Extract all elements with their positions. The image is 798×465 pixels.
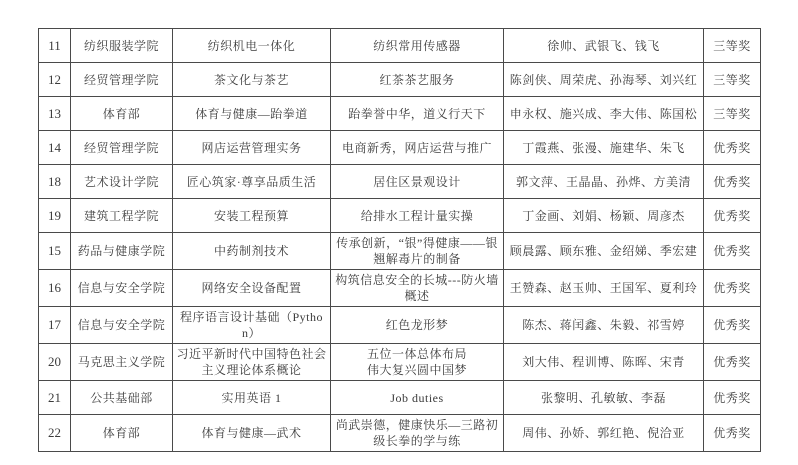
cell-course: 体育与健康—武术 (173, 415, 331, 452)
cell-course: 习近平新时代中国特色社会主义理论体系概论 (173, 344, 331, 381)
table-row: 20马克思主义学院习近平新时代中国特色社会主义理论体系概论五位一体总体布局 伟大… (39, 344, 761, 381)
cell-work: 尚武崇德，健康快乐—三路初级长拳的学与练 (331, 415, 504, 452)
cell-num: 22 (39, 415, 71, 452)
cell-course: 安装工程预算 (173, 199, 331, 233)
cell-award: 优秀奖 (704, 307, 761, 344)
table-row: 22体育部体育与健康—武术尚武崇德，健康快乐—三路初级长拳的学与练周伟、孙娇、郭… (39, 415, 761, 452)
cell-college: 经贸管理学院 (71, 63, 173, 97)
cell-course: 茶文化与茶艺 (173, 63, 331, 97)
cell-members: 张黎明、孔敏敏、李磊 (504, 381, 704, 415)
cell-members: 丁金画、刘娟、杨颖、周彦杰 (504, 199, 704, 233)
table-row: 16信息与安全学院网络安全设备配置构筑信息安全的长城---防火墙概述王赞森、赵玉… (39, 270, 761, 307)
cell-award: 三等奖 (704, 29, 761, 63)
cell-work: 跆拳誉中华，道义行天下 (331, 97, 504, 131)
table-row: 17信息与安全学院程序语言设计基础（Python）红色龙形梦陈杰、蒋闰鑫、朱毅、… (39, 307, 761, 344)
cell-members: 顾晨露、顾东雅、金绍娣、季宏建 (504, 233, 704, 270)
cell-num: 17 (39, 307, 71, 344)
cell-members: 徐帅、武银飞、钱飞 (504, 29, 704, 63)
cell-course: 程序语言设计基础（Python） (173, 307, 331, 344)
cell-work: 电商新秀，网店运营与推广 (331, 131, 504, 165)
cell-college: 信息与安全学院 (71, 307, 173, 344)
cell-college: 马克思主义学院 (71, 344, 173, 381)
table-row: 15药品与健康学院中药制剂技术传承创新，“银”得健康——银翘解毒片的制备顾晨露、… (39, 233, 761, 270)
cell-course: 匠心筑家·尊享品质生活 (173, 165, 331, 199)
cell-college: 纺织服装学院 (71, 29, 173, 63)
cell-course: 网络安全设备配置 (173, 270, 331, 307)
cell-members: 郭文萍、王晶晶、孙烨、方美清 (504, 165, 704, 199)
cell-award: 优秀奖 (704, 165, 761, 199)
cell-num: 20 (39, 344, 71, 381)
cell-award: 三等奖 (704, 97, 761, 131)
cell-award: 优秀奖 (704, 199, 761, 233)
cell-college: 建筑工程学院 (71, 199, 173, 233)
cell-college: 信息与安全学院 (71, 270, 173, 307)
cell-award: 优秀奖 (704, 270, 761, 307)
cell-num: 18 (39, 165, 71, 199)
table-row: 19建筑工程学院安装工程预算给排水工程计量实操丁金画、刘娟、杨颖、周彦杰优秀奖 (39, 199, 761, 233)
cell-college: 艺术设计学院 (71, 165, 173, 199)
cell-work: Job duties (331, 381, 504, 415)
cell-work: 传承创新，“银”得健康——银翘解毒片的制备 (331, 233, 504, 270)
cell-course: 中药制剂技术 (173, 233, 331, 270)
cell-course: 体育与健康—跆拳道 (173, 97, 331, 131)
cell-num: 19 (39, 199, 71, 233)
cell-num: 13 (39, 97, 71, 131)
cell-members: 申永权、施兴成、李大伟、陈国松 (504, 97, 704, 131)
table-row: 13体育部体育与健康—跆拳道跆拳誉中华，道义行天下申永权、施兴成、李大伟、陈国松… (39, 97, 761, 131)
table-row: 11纺织服装学院纺织机电一体化纺织常用传感器徐帅、武银飞、钱飞三等奖 (39, 29, 761, 63)
cell-num: 15 (39, 233, 71, 270)
award-table-body: 11纺织服装学院纺织机电一体化纺织常用传感器徐帅、武银飞、钱飞三等奖12经贸管理… (39, 29, 761, 452)
cell-award: 优秀奖 (704, 344, 761, 381)
cell-award: 优秀奖 (704, 381, 761, 415)
cell-members: 丁霞燕、张漫、施建华、朱飞 (504, 131, 704, 165)
cell-num: 12 (39, 63, 71, 97)
cell-work: 给排水工程计量实操 (331, 199, 504, 233)
cell-members: 刘大伟、程训博、陈晖、宋青 (504, 344, 704, 381)
cell-college: 经贸管理学院 (71, 131, 173, 165)
cell-work: 五位一体总体布局 伟大复兴圆中国梦 (331, 344, 504, 381)
cell-num: 11 (39, 29, 71, 63)
cell-course: 网店运营管理实务 (173, 131, 331, 165)
cell-award: 优秀奖 (704, 415, 761, 452)
document-page: 11纺织服装学院纺织机电一体化纺织常用传感器徐帅、武银飞、钱飞三等奖12经贸管理… (0, 0, 798, 465)
cell-work: 红色龙形梦 (331, 307, 504, 344)
cell-course: 实用英语 1 (173, 381, 331, 415)
cell-college: 公共基础部 (71, 381, 173, 415)
cell-award: 三等奖 (704, 63, 761, 97)
cell-work: 构筑信息安全的长城---防火墙概述 (331, 270, 504, 307)
cell-members: 陈剑侠、周荣虎、孙海琴、刘兴红 (504, 63, 704, 97)
cell-college: 体育部 (71, 97, 173, 131)
cell-course: 纺织机电一体化 (173, 29, 331, 63)
cell-award: 优秀奖 (704, 131, 761, 165)
cell-work: 红茶茶艺服务 (331, 63, 504, 97)
cell-work: 居住区景观设计 (331, 165, 504, 199)
cell-members: 周伟、孙娇、郭红艳、倪洽亚 (504, 415, 704, 452)
table-row: 18艺术设计学院匠心筑家·尊享品质生活居住区景观设计郭文萍、王晶晶、孙烨、方美清… (39, 165, 761, 199)
cell-num: 16 (39, 270, 71, 307)
cell-work: 纺织常用传感器 (331, 29, 504, 63)
cell-college: 药品与健康学院 (71, 233, 173, 270)
cell-award: 优秀奖 (704, 233, 761, 270)
cell-num: 21 (39, 381, 71, 415)
table-row: 14经贸管理学院网店运营管理实务电商新秀，网店运营与推广丁霞燕、张漫、施建华、朱… (39, 131, 761, 165)
award-table: 11纺织服装学院纺织机电一体化纺织常用传感器徐帅、武银飞、钱飞三等奖12经贸管理… (38, 28, 761, 452)
table-row: 21公共基础部实用英语 1Job duties张黎明、孔敏敏、李磊优秀奖 (39, 381, 761, 415)
cell-members: 王赞森、赵玉帅、王国军、夏利玲 (504, 270, 704, 307)
cell-college: 体育部 (71, 415, 173, 452)
cell-members: 陈杰、蒋闰鑫、朱毅、祁雪婷 (504, 307, 704, 344)
table-row: 12经贸管理学院茶文化与茶艺红茶茶艺服务陈剑侠、周荣虎、孙海琴、刘兴红三等奖 (39, 63, 761, 97)
cell-num: 14 (39, 131, 71, 165)
